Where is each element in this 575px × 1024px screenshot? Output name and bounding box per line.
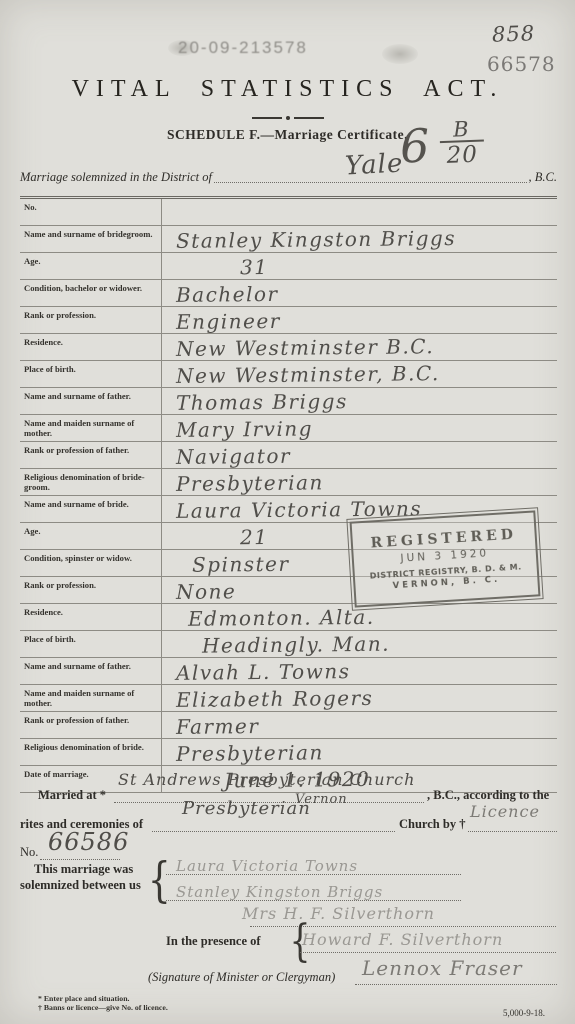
- table-row: Rank or profession. Engineer: [20, 307, 557, 334]
- field-label: Age.: [20, 523, 162, 549]
- stamp-date: JUN 3 1920: [400, 547, 489, 564]
- footnote-2: † Banns or licence—give No. of licence.: [38, 1003, 168, 1014]
- district-code-numerator: B: [453, 119, 470, 141]
- field-value-handwritten: Presbyterian: [162, 467, 557, 497]
- field-label: Name and surname of bridegroom.: [20, 226, 162, 252]
- field-value-handwritten: Elizabeth Rogers: [162, 683, 557, 713]
- witness2-line: [300, 930, 556, 953]
- married-at-label: Married at *: [38, 788, 106, 803]
- field-label: Religious denomination of bride-groom.: [20, 469, 162, 495]
- licence-no-handwritten-value: 66586: [48, 828, 129, 856]
- district-code-annotation: 6 B 20: [399, 117, 484, 174]
- field-label: No.: [20, 199, 162, 225]
- district-entry-line: Yale: [214, 166, 527, 183]
- table-row: Rank or profession of father. Navigator: [20, 442, 557, 469]
- table-row: Residence. New Westminster B.C.: [20, 334, 557, 361]
- microfilm-number-stamp: 20-09-213578: [178, 38, 308, 58]
- table-row: Place of birth. New Westminster, B.C.: [20, 361, 557, 388]
- district-prefix-label: Marriage solemnized in the District of: [20, 170, 212, 185]
- field-value-handwritten: Engineer: [162, 305, 557, 335]
- field-label: Rank or profession.: [20, 577, 162, 603]
- field-label: Name and surname of father.: [20, 388, 162, 414]
- field-label: Rank or profession of father.: [20, 442, 162, 468]
- field-value-handwritten: New Westminster B.C.: [162, 332, 557, 362]
- field-value-handwritten: Presbyterian: [162, 737, 557, 767]
- field-value-handwritten: Stanley Kingston Briggs: [162, 224, 557, 254]
- field-value-handwritten: Thomas Briggs: [162, 386, 557, 416]
- field-label: Name and surname of bride.: [20, 496, 162, 522]
- table-row: Religious denomination of bride-groom. P…: [20, 469, 557, 496]
- table-row: Name and maiden surname of mother. Eliza…: [20, 685, 557, 712]
- field-value-handwritten: Mary Irving: [162, 413, 557, 443]
- table-row: Name and surname of bridegroom. Stanley …: [20, 226, 557, 253]
- field-value-handwritten: New Westminster, B.C.: [162, 359, 557, 389]
- table-row: Condition, bachelor or widower. Bachelor: [20, 280, 557, 307]
- field-label: Residence.: [20, 604, 162, 630]
- bride-signature: Laura Victoria Towns: [176, 857, 358, 875]
- field-value-handwritten: Farmer: [162, 710, 557, 740]
- schedule-subtitle: SCHEDULE F.—Marriage Certificate.: [0, 127, 575, 143]
- stamped-registration-number: 66578: [487, 52, 556, 76]
- field-value-handwritten: Alvah L. Towns: [162, 656, 557, 686]
- table-row: Name and maiden surname of mother. Mary …: [20, 415, 557, 442]
- field-label: Condition, spinster or widow.: [20, 550, 162, 576]
- page-title: VITAL STATISTICS ACT.: [0, 76, 575, 103]
- table-row: Place of birth. Headingly. Man.: [20, 631, 557, 658]
- minister-signature-label: (Signature of Minister or Clergyman): [148, 970, 335, 985]
- field-label: Condition, bachelor or widower.: [20, 280, 162, 306]
- table-row: Age. 31: [20, 253, 557, 280]
- marriage-certificate-page: 20-09-213578 858 66578 VITAL STATISTICS …: [0, 0, 575, 1024]
- rites-handwritten-value: Presbyterian: [182, 798, 311, 819]
- table-row: No.: [20, 199, 557, 226]
- field-label: Rank or profession of father.: [20, 712, 162, 738]
- registered-stamp: REGISTERED JUN 3 1920 DISTRICT REGISTRY,…: [350, 510, 541, 607]
- field-value-handwritten: Headingly. Man.: [162, 629, 557, 659]
- groom-signature: Stanley Kingston Briggs: [176, 883, 383, 901]
- field-value-handwritten: Bachelor: [162, 278, 557, 308]
- print-code: 5,000-9-18.: [503, 1008, 545, 1018]
- certificate-footer-section: Married at * St Andrews Presbyterian Chu…: [0, 772, 575, 1024]
- field-label: Religious denomination of bride.: [20, 739, 162, 765]
- married-at-handwritten-church: St Andrews Presbyterian Church: [118, 770, 415, 789]
- ink-smudge: [382, 44, 418, 64]
- district-code-fraction: B 20: [439, 119, 484, 170]
- handwritten-file-number: 858: [492, 21, 536, 46]
- field-value-handwritten: [162, 197, 557, 227]
- church-by-label: Church by †: [399, 817, 465, 832]
- table-row: Name and surname of father. Thomas Brigg…: [20, 388, 557, 415]
- table-row: Rank or profession of father. Farmer: [20, 712, 557, 739]
- form-table: No. Name and surname of bridegroom. Stan…: [20, 196, 557, 793]
- married-at-suffix-label: , B.C., according to the: [427, 788, 549, 803]
- field-label: Name and maiden surname of mother.: [20, 685, 162, 711]
- title-divider: [0, 116, 575, 120]
- field-value-handwritten: 31: [162, 251, 557, 281]
- minister-signature: Lennox Fraser: [362, 956, 523, 980]
- licence-no-label: No.: [20, 845, 38, 860]
- table-row: Name and surname of father. Alvah L. Tow…: [20, 658, 557, 685]
- field-label: Place of birth.: [20, 361, 162, 387]
- district-line: Marriage solemnized in the District of Y…: [20, 166, 557, 185]
- field-label: Place of birth.: [20, 631, 162, 657]
- district-suffix-label: , B.C.: [529, 170, 557, 185]
- church-by-handwritten-value: Licence: [470, 802, 540, 821]
- solemnized-label-line1: This marriage was: [34, 862, 133, 877]
- table-row: Residence. Edmonton. Alta.: [20, 604, 557, 631]
- field-value-handwritten: Navigator: [162, 440, 557, 470]
- district-handwritten-value: Yale: [345, 148, 405, 181]
- stamp-registered-text: REGISTERED: [370, 526, 517, 551]
- table-row: Religious denomination of bride. Presbyt…: [20, 739, 557, 766]
- field-label: Residence.: [20, 334, 162, 360]
- field-label: Name and maiden surname of mother.: [20, 415, 162, 441]
- field-label: Age.: [20, 253, 162, 279]
- field-label: Rank or profession.: [20, 307, 162, 333]
- field-label: Name and surname of father.: [20, 658, 162, 684]
- solemnized-label-line2: solemnized between us: [20, 878, 141, 893]
- in-presence-of-label: In the presence of: [166, 934, 261, 949]
